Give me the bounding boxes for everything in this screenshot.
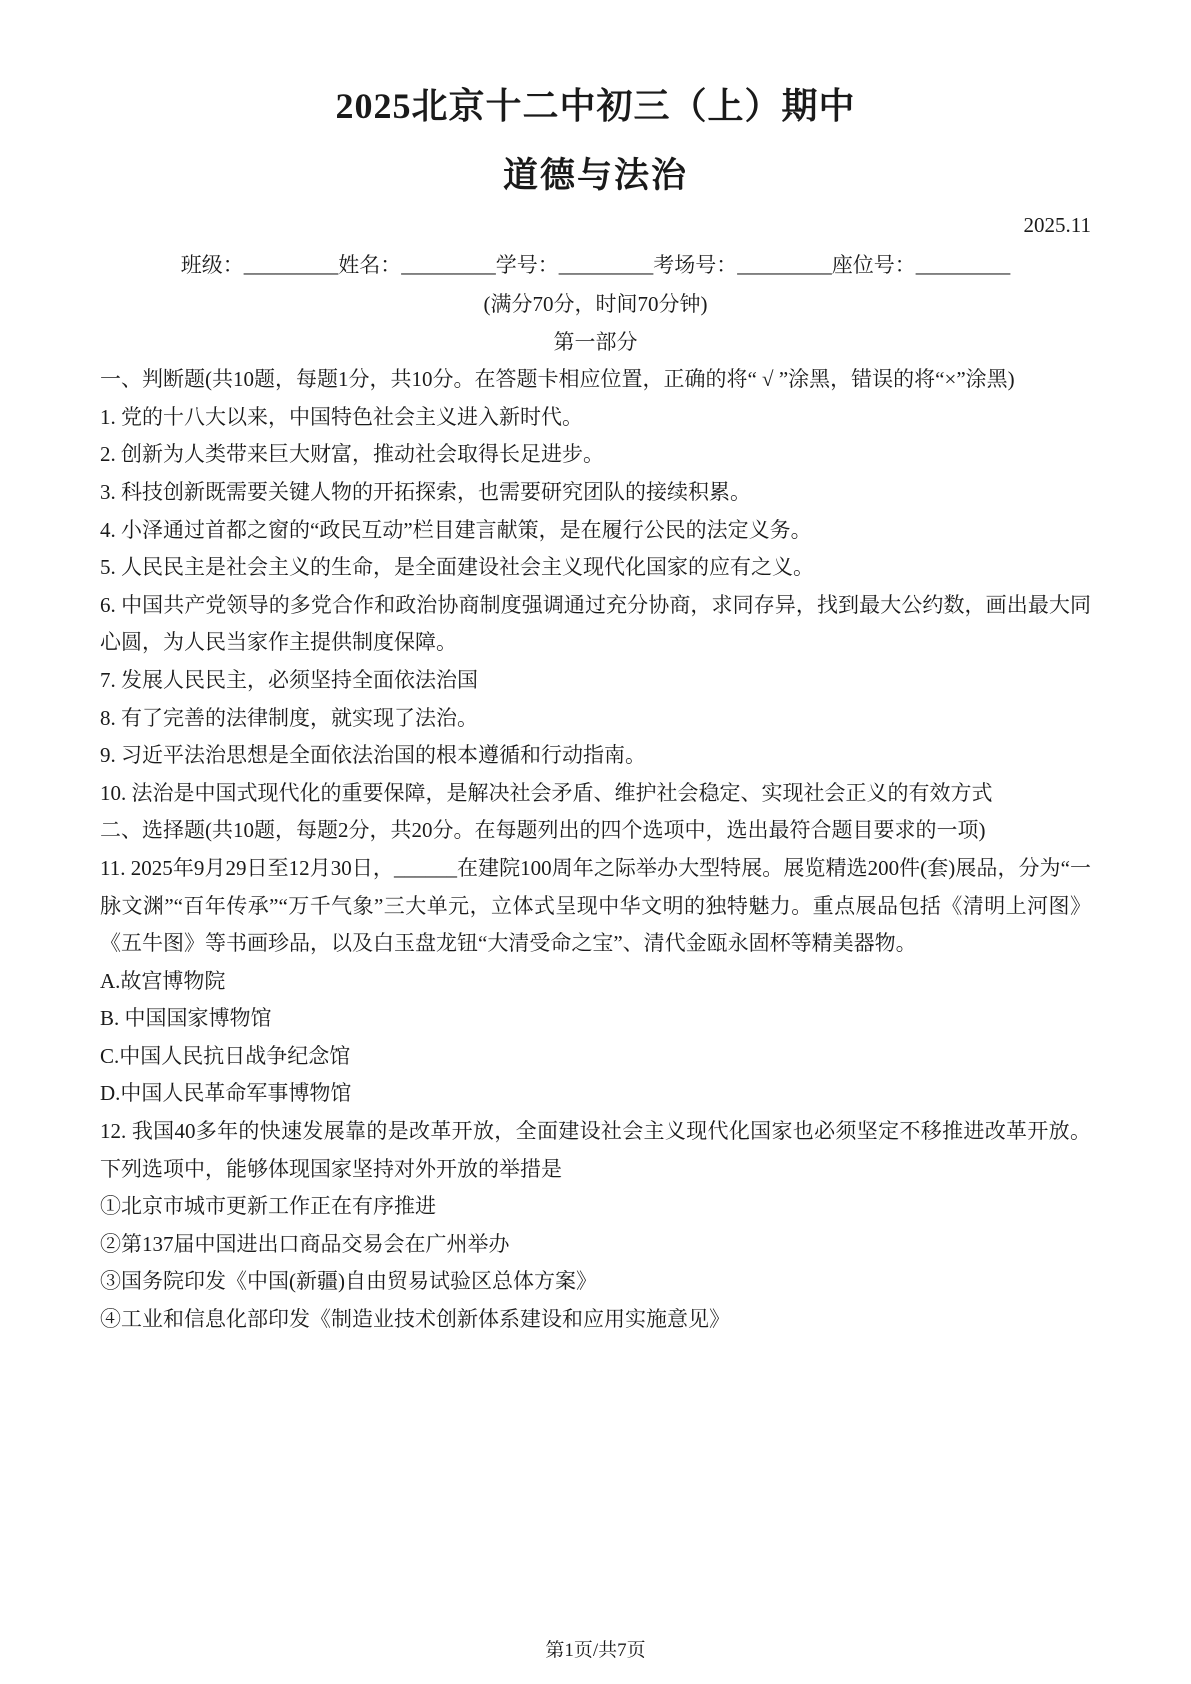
question-11-option-a: A.故宫博物院	[100, 963, 1091, 1001]
choice-section-intro: 二、选择题(共10题，每题2分，共20分。在每题列出的四个选项中，选出最符合题目…	[100, 812, 1091, 850]
question-11-stem: 11. 2025年9月29日至12月30日，______在建院100周年之际举办…	[100, 850, 1091, 963]
page-content: 2025北京十二中初三（上）期中 道德与法治 2025.11 班级：______…	[0, 84, 1191, 1339]
judgment-section-intro: 一、判断题(共10题，每题1分，共10分。在答题卡相应位置，正确的将“ √ ”涂…	[100, 361, 1091, 399]
judgment-question-7: 7. 发展人民民主，必须坚持全面依法治国	[100, 662, 1091, 700]
exam-title: 2025北京十二中初三（上）期中	[100, 84, 1091, 128]
name-blank: _________	[401, 253, 496, 277]
page-number-indicator: 第1页/共7页	[0, 1635, 1191, 1662]
class-label: 班级：	[181, 253, 244, 277]
judgment-question-1: 1. 党的十八大以来，中国特色社会主义进入新时代。	[100, 399, 1091, 437]
question-11-option-b: B. 中国国家博物馆	[100, 1000, 1091, 1038]
seat-number-label: 座位号：	[832, 253, 916, 277]
question-11-option-c: C.中国人民抗日战争纪念馆	[100, 1038, 1091, 1076]
part-one-heading: 第一部分	[100, 324, 1091, 362]
judgment-question-8: 8. 有了完善的法律制度，就实现了法治。	[100, 700, 1091, 738]
student-info-line: 班级：_________姓名：_________学号：_________考场号：…	[100, 250, 1091, 280]
exam-body: 一、判断题(共10题，每题1分，共10分。在答题卡相应位置，正确的将“ √ ”涂…	[100, 361, 1091, 1338]
score-time-note: (满分70分，时间70分钟)	[100, 286, 1091, 324]
judgment-question-5: 5. 人民民主是社会主义的生命，是全面建设社会主义现代化国家的应有之义。	[100, 549, 1091, 587]
judgment-question-2: 2. 创新为人类带来巨大财富，推动社会取得长足进步。	[100, 436, 1091, 474]
question-12-item-4: ④工业和信息化部印发《制造业技术创新体系建设和应用实施意见》	[100, 1301, 1091, 1339]
student-id-blank: _________	[559, 253, 654, 277]
judgment-question-10: 10. 法治是中国式现代化的重要保障，是解决社会矛盾、维护社会稳定、实现社会正义…	[100, 775, 1091, 813]
question-11-option-d: D.中国人民革命军事博物馆	[100, 1075, 1091, 1113]
class-blank: _________	[244, 253, 339, 277]
exam-date: 2025.11	[100, 212, 1091, 238]
exam-room-label: 考场号：	[653, 253, 737, 277]
question-12-stem: 12. 我国40多年的快速发展靠的是改革开放，全面建设社会主义现代化国家也必须坚…	[100, 1113, 1091, 1188]
judgment-question-9: 9. 习近平法治思想是全面依法治国的根本遵循和行动指南。	[100, 737, 1091, 775]
exam-subject-title: 道德与法治	[100, 154, 1091, 198]
question-12-item-2: ②第137届中国进出口商品交易会在广州举办	[100, 1226, 1091, 1264]
question-12-item-1: ①北京市城市更新工作正在有序推进	[100, 1188, 1091, 1226]
name-label: 姓名：	[338, 253, 401, 277]
exam-room-blank: _________	[737, 253, 832, 277]
student-id-label: 学号：	[496, 253, 559, 277]
judgment-question-3: 3. 科技创新既需要关键人物的开拓探索，也需要研究团队的接续积累。	[100, 474, 1091, 512]
seat-number-blank: _________	[916, 253, 1011, 277]
judgment-question-6: 6. 中国共产党领导的多党合作和政治协商制度强调通过充分协商，求同存异，找到最大…	[100, 587, 1091, 662]
question-12-item-3: ③国务院印发《中国(新疆)自由贸易试验区总体方案》	[100, 1263, 1091, 1301]
judgment-question-4: 4. 小泽通过首都之窗的“政民互动”栏目建言献策，是在履行公民的法定义务。	[100, 512, 1091, 550]
exam-paper-page: 2025北京十二中初三（上）期中 道德与法治 2025.11 班级：______…	[0, 0, 1191, 1684]
